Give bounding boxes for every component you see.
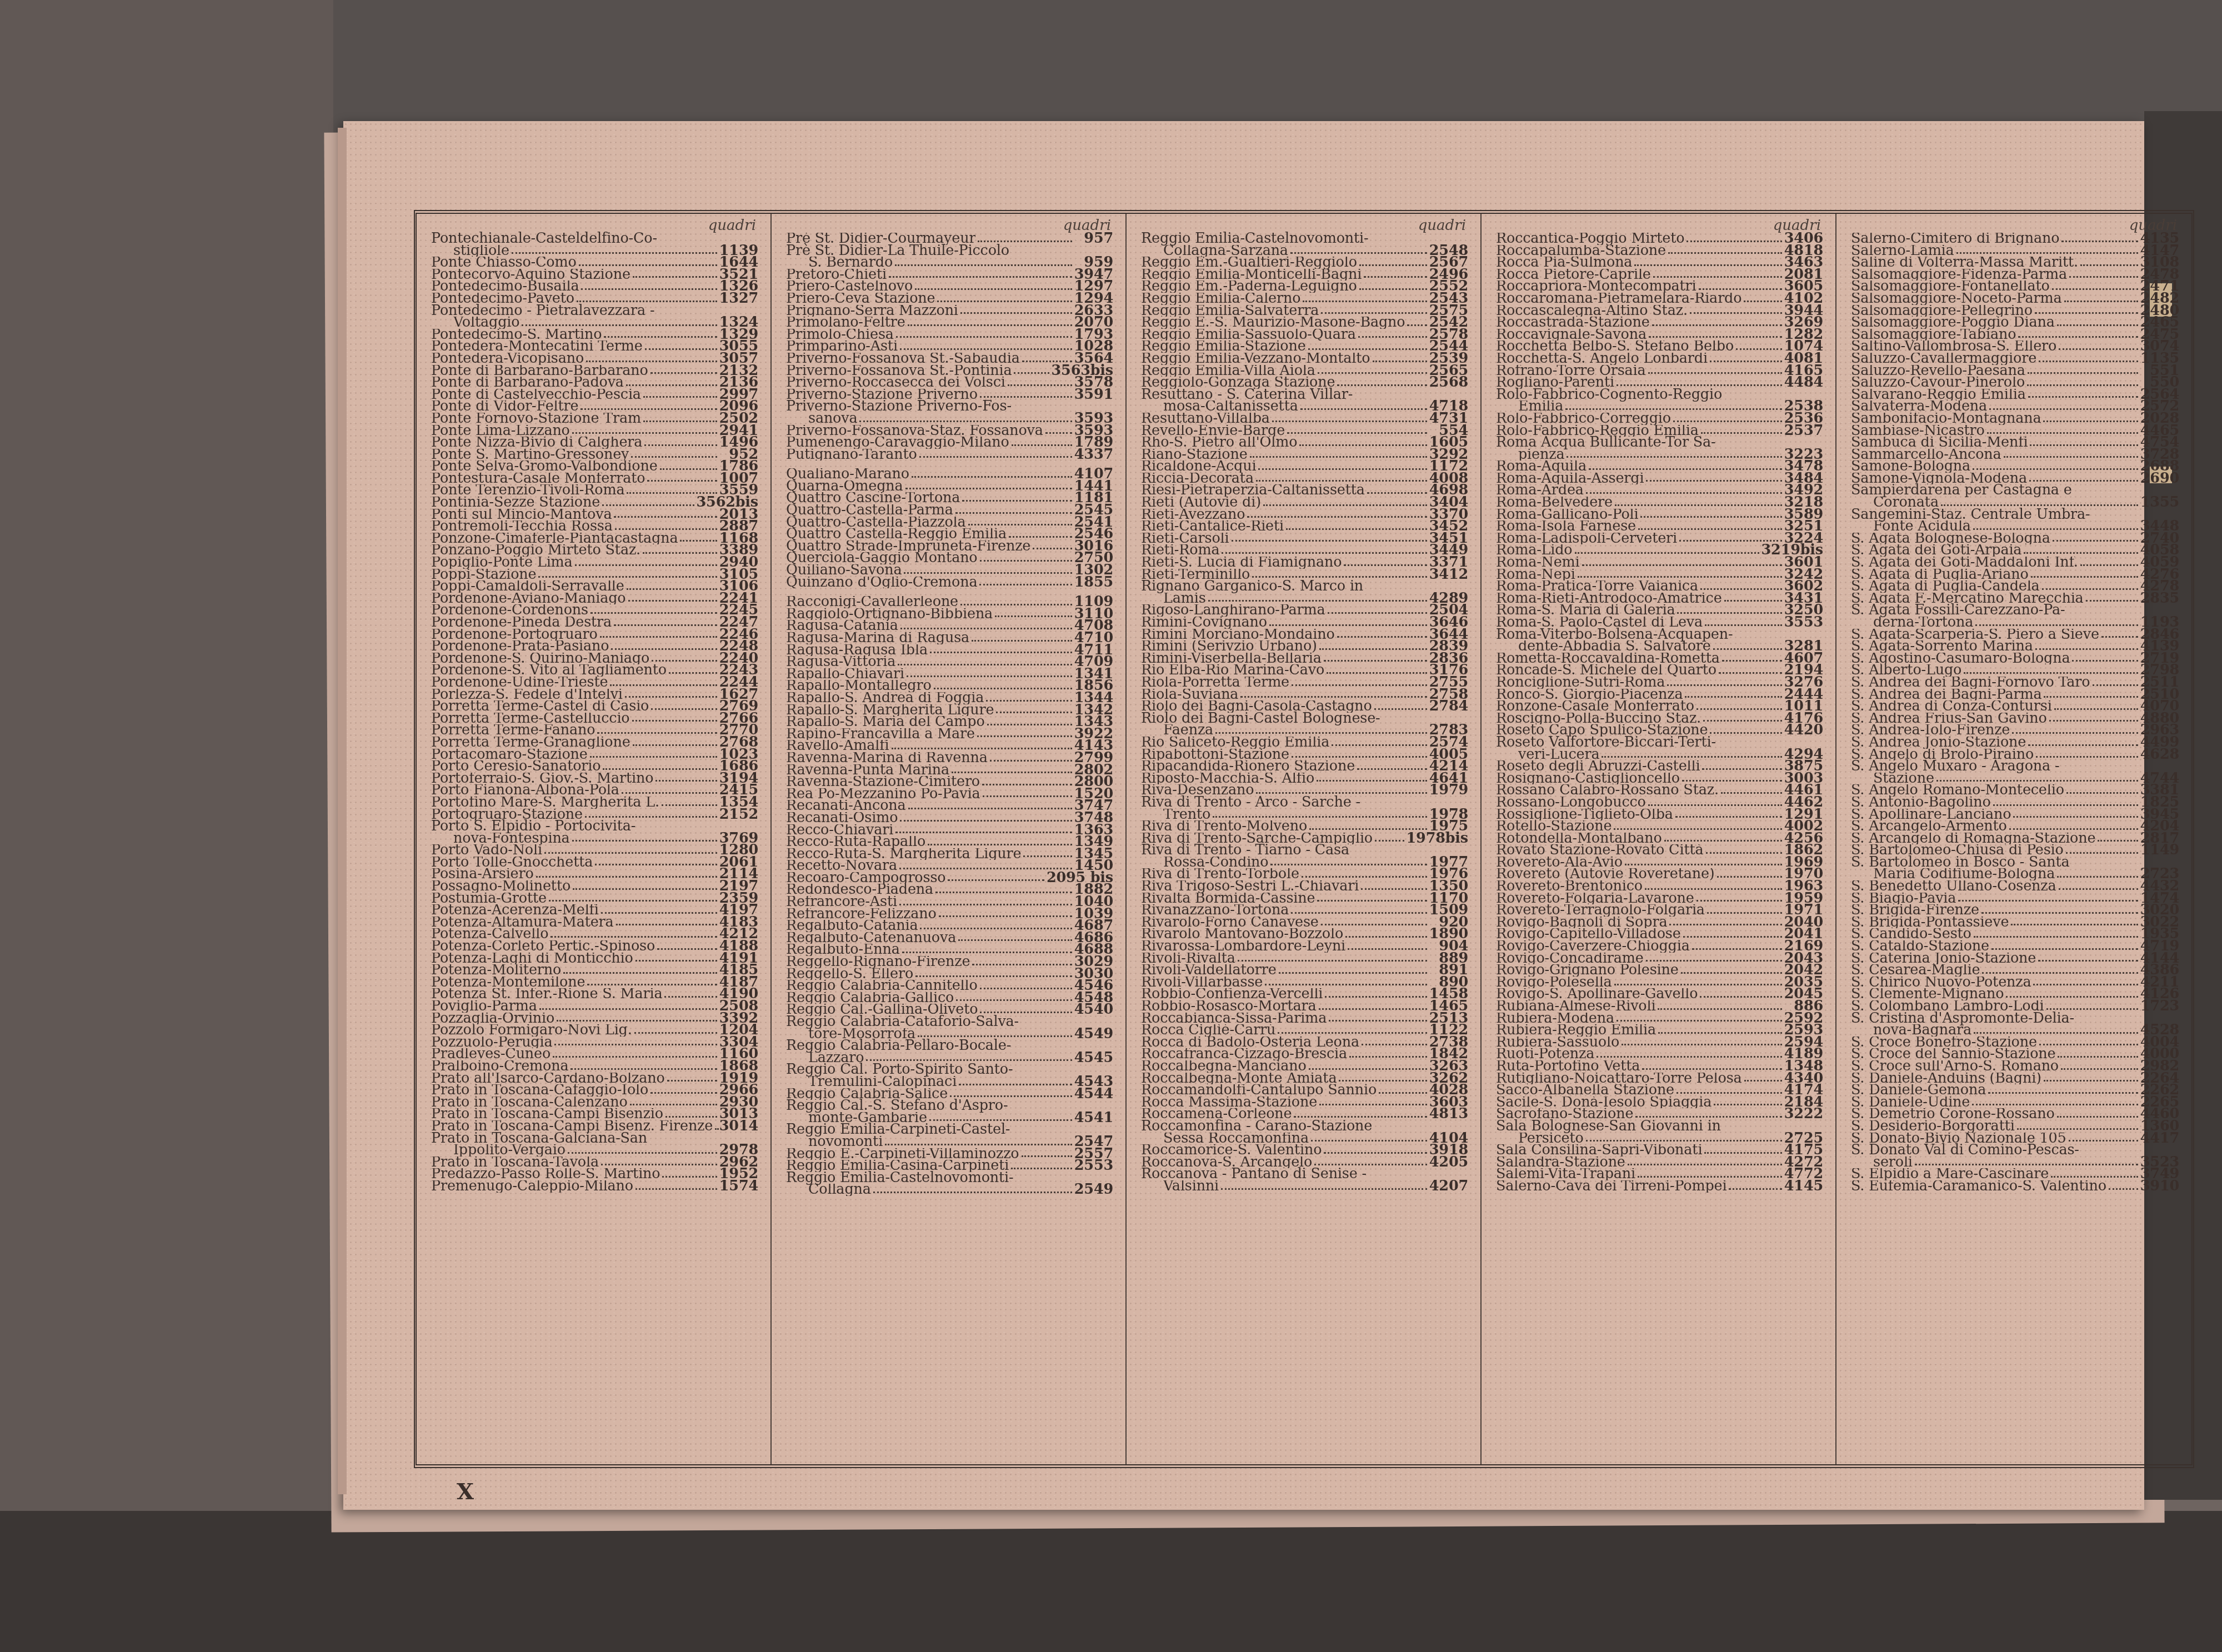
- leader-dots: [990, 760, 1072, 762]
- entry-route-name: Sambiase-Nicastro: [1851, 425, 1985, 437]
- column-header-quadri: quadri: [1851, 218, 2179, 233]
- leader-dots: [1582, 564, 1782, 566]
- leader-dots: [898, 664, 1072, 665]
- index-entry: Prato all'Isarco-Cardano-Bolzano1919: [431, 1073, 758, 1085]
- index-entry: S. Agata dei Goti-Maddaloni Inf.4059: [1851, 557, 2179, 569]
- entry-route-name: Salsomaggiore-Fidenza-Parma: [1851, 269, 2067, 281]
- index-entry: Sala Consilina-Sapri-Vibonati4175: [1496, 1144, 1823, 1157]
- entry-route-name: Poviglio-Parma: [431, 1000, 537, 1013]
- leader-dots: [1915, 1164, 2138, 1165]
- index-entry: Porto Tolle-Gnocchetta2061: [431, 857, 758, 869]
- index-entry: Ponzano-Poggio Mirteto Staz.3389: [431, 544, 758, 557]
- index-entry: Rocca Pia-Sulmona3463: [1496, 257, 1823, 269]
- entry-route-name: S. Cristina d'Aspromonte-Delia-: [1851, 1013, 2179, 1025]
- leader-dots: [1213, 816, 1427, 818]
- entry-route-name: Salsomaggiore-Pellegrino: [1851, 305, 2033, 317]
- index-entry: Reggio Emilia-Vezzano-Montalto2539: [1141, 353, 1468, 365]
- leader-dots: [1045, 432, 1072, 434]
- entry-route-name: Reggio Cal. Porto-Spirito Santo-: [786, 1064, 1113, 1076]
- entry-route-name: Salandra-Stazione: [1496, 1157, 1625, 1169]
- entry-route-name-cont: Rossa-Condino: [1163, 857, 1268, 869]
- index-entry: S. Biagio-Pavia1474: [1851, 893, 2179, 905]
- leader-dots: [2028, 372, 2138, 374]
- index-entry: Potenza-Calvello4212: [431, 928, 758, 940]
- leader-dots: [939, 915, 1072, 917]
- leader-dots: [665, 1116, 717, 1118]
- leader-dots: [1668, 252, 1782, 254]
- leader-dots: [873, 1192, 1072, 1193]
- index-entry: Rovereto (Autovie Roveretane)1970: [1496, 868, 1823, 880]
- index-entry: S. Daniele-Udine2265: [1851, 1097, 2179, 1109]
- leader-dots: [2017, 1128, 2138, 1130]
- index-entry: Recanati-Ancona3747: [786, 800, 1113, 812]
- entry-route-name: Ragusa-Marina di Ragusa: [786, 632, 969, 644]
- leader-dots: [2080, 264, 2138, 266]
- index-entry: Roccabianca-Sissa-Parima2513: [1141, 1013, 1468, 1025]
- index-entry: Salerno-Cava dei Tirreni-Pompei4145: [1496, 1180, 1823, 1193]
- entry-route-name: Ravenna-Stazione-Cimitero: [786, 776, 980, 788]
- index-entry: Racconigi-Cavallerleone1109: [786, 596, 1113, 608]
- entry-route-name-cont: stigliole: [453, 245, 509, 257]
- entry-route-name: Saline di Volterra-Massa Maritt.: [1851, 257, 2078, 269]
- entry-route-name: Revello-Envie-Barge: [1141, 425, 1285, 437]
- leader-dots: [512, 252, 717, 254]
- entry-route-name: Ponte di Barbarano-Padova: [431, 377, 624, 389]
- leader-dots: [1575, 552, 1759, 554]
- index-entry: S. Cataldo-Stazione4719: [1851, 940, 2179, 953]
- index-entry: S. Chirico Nuovo-Potenza4211: [1851, 977, 2179, 989]
- index-entry: Refrancore-Felizzano1039: [786, 908, 1113, 920]
- leader-dots: [1646, 480, 1781, 482]
- index-entry: Reggio Cal.-S. Stefano d'Aspro-monte-Gam…: [786, 1100, 1113, 1124]
- entry-route-name: Rolo-Fabbrico-Cognento-Reggio: [1496, 389, 1823, 401]
- entry-route-name: S. Clemente-Mignano: [1851, 988, 2004, 1000]
- index-entry: Potenza St. Infer.-Rione S. Maria4190: [431, 988, 758, 1000]
- index-entry: Riposto-Macchia-S. Alfio4641: [1141, 773, 1468, 785]
- leader-dots: [1303, 301, 1427, 302]
- index-entry: Poppi-Stazione3105: [431, 569, 758, 581]
- entry-route-name: S. Chirico Nuovo-Potenza: [1851, 977, 2031, 989]
- index-entry: Ragusa-Marina di Ragusa4710: [786, 632, 1113, 644]
- entry-route-name: Ravenna-Marina di Ravenna: [786, 752, 988, 764]
- entry-route-name: Pumenengo-Caravaggio-Milano: [786, 437, 1009, 449]
- leader-dots: [1345, 936, 1427, 938]
- index-entry: Rieti-S. Lucia di Fiamignano3371: [1141, 557, 1468, 569]
- leader-dots: [1265, 984, 1427, 985]
- leader-dots: [896, 336, 1072, 338]
- leader-dots: [1358, 336, 1427, 338]
- leader-dots: [1589, 468, 1782, 470]
- entry-route-name-cont: Collagna-Sarzana: [1163, 245, 1288, 257]
- index-entry: Roccascalegna-Altino Staz.3944: [1496, 305, 1823, 317]
- entry-route-name: Sambonifacio-Montagnana: [1851, 413, 2041, 425]
- leader-dots: [1696, 900, 1782, 902]
- entry-route-name: S. Brigida-Pontassieve: [1851, 917, 2009, 929]
- index-entry: Salsomaggiore-Pellegrino2480: [1851, 305, 2179, 317]
- leader-dots: [2098, 840, 2138, 842]
- leader-dots: [2053, 540, 2138, 542]
- index-entry: S. Agata dei Goti-Arpaia4058: [1851, 544, 2179, 557]
- leader-dots: [2057, 876, 2138, 878]
- index-entry: Porretta Terme-Fanano2770: [431, 724, 758, 737]
- index-entry: Sambuca di Sicilia-Menfi4754: [1851, 437, 2179, 449]
- leader-dots: [2061, 1068, 2138, 1070]
- leader-dots: [2011, 924, 2138, 925]
- entry-route-name: Rocchetta Belbo-S. Stefano Belbo: [1496, 341, 1734, 353]
- leader-dots: [2035, 648, 2138, 650]
- leader-dots: [1956, 252, 2138, 254]
- entry-continuation: Sessa Roccamonfina4104: [1141, 1133, 1468, 1145]
- entry-route-name-cont: Persiceto: [1518, 1133, 1584, 1145]
- index-entry: Salemi-Vita-Trapani4772: [1496, 1168, 1823, 1180]
- index-entry: Salsomaggiore-Tabiano2475: [1851, 329, 2179, 341]
- leader-dots: [1302, 876, 1427, 878]
- leader-dots: [907, 675, 1072, 677]
- entry-route-name: S. Agata-Scarperia-S. Piero a Sieve: [1851, 629, 2099, 641]
- leader-dots: [1374, 708, 1427, 710]
- section-gap: [786, 588, 1113, 596]
- index-entry: Riesi-Pietraperzia-Caltanissetta4698: [1141, 484, 1468, 497]
- leader-dots: [1721, 792, 1782, 794]
- index-entry: Reggio Emilia-Calerno2543: [1141, 293, 1468, 305]
- entry-table-number: 1855: [1074, 577, 1113, 589]
- entry-route-name: S. Bartolomeo in Bosco - Santa: [1851, 857, 2179, 869]
- leader-dots: [1974, 1032, 2138, 1034]
- entry-route-name-cont: Tremulini-Calopinaci: [808, 1076, 957, 1088]
- index-entry: Rometta-Roccavaldina-Rometta4607: [1496, 653, 1823, 665]
- index-entry: Rovigo-Concadirame2043: [1496, 953, 1823, 965]
- entry-list: Pontechianale-Casteldelfino-Co-stigliole…: [431, 233, 758, 1193]
- entry-route-name: Postumia-Grotte: [431, 893, 547, 905]
- entry-route-name: Roma Acqua Bullicante-Tor Sa-: [1496, 437, 1823, 449]
- entry-route-name: Primolano-Feltre: [786, 317, 905, 329]
- leader-dots: [1344, 564, 1427, 566]
- entry-route-name: Roccalbegna-Manciano: [1141, 1060, 1307, 1073]
- index-entry: Quattro-Castella-Parma2545: [786, 504, 1113, 517]
- leader-dots: [1332, 744, 1427, 746]
- entry-route-name: Ravello-Amalfi: [786, 740, 889, 752]
- leader-dots: [2031, 576, 2138, 578]
- entry-route-name: Roma-Gallicano-Poli: [1496, 509, 1638, 521]
- index-entry: Priero-Castelnovo1297: [786, 281, 1113, 293]
- leader-dots: [2052, 288, 2138, 290]
- index-entry: Predazzo-Passo Rolle-S. Martino1952: [431, 1168, 758, 1180]
- index-entry: Pontedecimo-S. Martino1329: [431, 329, 758, 341]
- entry-route-name: Ponte Chiasso-Como: [431, 257, 577, 269]
- entry-route-name: Potenza-Altamura-Matera: [431, 917, 614, 929]
- leader-dots: [1673, 420, 1782, 422]
- entry-table-number: 1979: [1429, 784, 1468, 797]
- index-entry: Sampierdarena per Castagna eCoronata1355: [1851, 484, 2179, 508]
- entry-route-name: Rimini-Covignano: [1141, 617, 1267, 629]
- index-entry: S. Arcangelo di Romagna-Stazione2817: [1851, 833, 2179, 845]
- index-entry: Portoferraio-S. Giov.-S. Martino3194: [431, 773, 758, 785]
- entry-route-name: S. Alberto-Lugo: [1851, 664, 1961, 677]
- index-entry: S. Agata Fossili-Carezzano-Pa-derna-Tort…: [1851, 604, 2179, 628]
- entry-route-name: Ponzone-Cimaferle-Piantacastagna: [431, 533, 678, 545]
- index-entry: Rocchetta Belbo-S. Stefano Belbo1074: [1496, 341, 1823, 353]
- entry-route-name: Porretta Terme-Granaglione: [431, 737, 630, 749]
- section-gap: [786, 460, 1113, 468]
- entry-route-name: S. Elpidio a Mare-Cascinare: [1851, 1168, 2049, 1180]
- leader-dots: [1682, 780, 1782, 782]
- index-entry: S. Croce del Sannio-Stazione4000: [1851, 1048, 2179, 1060]
- index-entry: Quattro Strade-Impruneta-Firenze3016: [786, 540, 1113, 553]
- leader-dots: [2080, 564, 2138, 566]
- entry-table-number: 3553: [1784, 617, 1823, 629]
- entry-table-number: 1978bis: [1407, 833, 1468, 845]
- leader-dots: [1744, 1080, 1782, 1082]
- leader-dots: [2057, 1116, 2138, 1118]
- entry-route-name: S. Angelo Romano-Montecelio: [1851, 784, 2064, 797]
- index-entry: Roma-Gallicano-Poli3589: [1496, 509, 1823, 521]
- leader-dots: [1988, 1092, 2138, 1094]
- entry-route-name: Reggio Cal.-S. Stefano d'Aspro-: [786, 1100, 1113, 1112]
- leader-dots: [553, 1056, 717, 1058]
- leader-dots: [1658, 1032, 1782, 1034]
- leader-dots: [1676, 1092, 1782, 1094]
- entry-route-name: Pralboino-Cremona: [431, 1060, 568, 1073]
- leader-dots: [1991, 948, 2138, 950]
- entry-route-name: Rovato Stazione-Rovato Città: [1496, 844, 1704, 857]
- leader-dots: [652, 660, 717, 662]
- index-entry: Ponte Lima-Lizzano2941: [431, 425, 758, 437]
- index-entry: Salvaterra-Modena2572: [1851, 401, 2179, 413]
- index-entry: Reggello-S. Ellero3030: [786, 968, 1113, 980]
- leader-dots: [551, 936, 717, 938]
- leader-dots: [1714, 1104, 1782, 1105]
- entry-table-number: 2553: [1074, 1160, 1113, 1172]
- index-entry: Rivarolo Mantovano-Bozzolo1890: [1141, 928, 1468, 940]
- leader-dots: [1625, 864, 1782, 865]
- leader-dots: [1023, 855, 1072, 857]
- leader-dots: [1008, 384, 1072, 386]
- index-entry: Pordenone-S. Quirino-Maniago2240: [431, 653, 758, 665]
- index-entry: Prè St. Didier-La Thuile-PiccoloS. Berna…: [786, 245, 1113, 269]
- entry-route-name: Porlezza-S. Fedele d'Intelvi: [431, 689, 623, 701]
- entry-route-name: Pontedecimo - Pietralavezzara -: [431, 305, 758, 317]
- entry-route-name: S. Candido-Sesto: [1851, 928, 1971, 940]
- entry-route-name: Potenza-Corleto Pertic.-Spinoso: [431, 940, 655, 953]
- index-entry: Ponte di Barbarano-Padova2136: [431, 377, 758, 389]
- index-entry: S. Agata-Sorrento Marina4139: [1851, 640, 2179, 653]
- entry-route-name: S. Andrea dei Bagni-Parma: [1851, 689, 2041, 701]
- index-entry: Salandra-Stazione4272: [1496, 1157, 1823, 1169]
- leader-dots: [902, 952, 1072, 953]
- leader-dots: [1011, 1168, 1072, 1169]
- leader-dots: [962, 500, 1072, 502]
- leader-dots: [1692, 948, 1782, 950]
- leader-dots: [1329, 1020, 1427, 1022]
- entry-route-name-cont: Sessa Roccamonfina: [1163, 1133, 1309, 1145]
- entry-table-number: 4545: [1074, 1052, 1113, 1064]
- entry-route-name: Priverno-Stazione Priverno-Fos-: [786, 401, 1113, 413]
- leader-dots: [1299, 444, 1427, 446]
- leader-dots: [1215, 732, 1427, 734]
- leader-dots: [522, 324, 717, 326]
- index-column-5: quadri Salerno-Cimitero di Brignano4135S…: [1836, 214, 2191, 1464]
- leader-dots: [982, 784, 1072, 785]
- leader-dots: [1290, 252, 1427, 254]
- index-entry: Resuttano - S. Caterina Villar-mosa-Calt…: [1141, 389, 1468, 413]
- leader-dots: [1713, 648, 1782, 650]
- leader-dots: [983, 795, 1072, 797]
- index-entry: Quattro Castella-Reggio Emilia2546: [786, 528, 1113, 540]
- leader-dots: [1258, 468, 1427, 470]
- entry-route-name: S. Agata di Puglia-Ariano: [1851, 569, 2029, 581]
- index-entry: Reggio Emilia-Castelnovomonti-Collagna25…: [786, 1172, 1113, 1196]
- leader-dots: [1319, 648, 1427, 650]
- leader-dots: [586, 361, 717, 362]
- leader-dots: [643, 396, 717, 398]
- entry-route-name: Rimini Morciano-Mondaino: [1141, 629, 1335, 641]
- index-entry: Primolano-Feltre2070: [786, 317, 1113, 329]
- index-entry: Reggio Cal. Porto-Spirito Santo-Tremulin…: [786, 1064, 1113, 1088]
- index-entry: Reggio Em.-Gualtieri-Reggiolo2567: [1141, 257, 1468, 269]
- entry-route-name: Regalbuto-Catenanuova: [786, 932, 956, 944]
- leader-dots: [610, 684, 717, 686]
- entry-route-name: Redondesco-Piadena: [786, 884, 933, 896]
- entry-route-name: Sala Bolognese-San Giovanni in: [1496, 1120, 1823, 1133]
- entry-route-name: Saltino-Vallombrosa-S. Ellero: [1851, 341, 2056, 353]
- entry-route-name: Pordenone-Cordenons: [431, 604, 588, 617]
- leader-dots: [1321, 924, 1427, 925]
- leader-dots: [1567, 456, 1781, 458]
- entry-route-name: Roma-Nepi: [1496, 569, 1575, 581]
- index-entry: Salerno-Cimitero di Brignano4135: [1851, 233, 2179, 245]
- index-entry: Rivalta Bormida-Cassine1170: [1141, 893, 1468, 905]
- index-entry: S. Andrea dei Bagni-Fornovo Taro2511: [1851, 677, 2179, 689]
- leader-dots: [900, 348, 1072, 350]
- leader-dots: [590, 756, 717, 758]
- entry-continuation: Tremulini-Calopinaci4543: [786, 1076, 1113, 1088]
- entry-route-name: Riva Trigoso-Sestri L.-Chiavari: [1141, 880, 1359, 893]
- index-entry: S. Donato Val di Comino-Pescas-seroli352…: [1851, 1144, 2179, 1168]
- entry-route-name: Recco-Ruta-Rapallo: [786, 836, 925, 848]
- entry-route-name: S. Apollinare-Lanciano: [1851, 809, 2011, 821]
- index-entry: Rimini-Covignano3646: [1141, 617, 1468, 629]
- entry-route-name: Recoaro-Campogrosso: [786, 872, 945, 884]
- entry-route-name: S. Cataldo-Stazione: [1851, 940, 1989, 953]
- entry-route-name: Pordenone-Aviano-Maniago: [431, 593, 626, 605]
- index-entry: Prato in Toscana-Tavola2962: [431, 1157, 758, 1169]
- entry-route-name: S. Arcangelo di Romagna-Stazione: [1851, 833, 2095, 845]
- leader-dots: [603, 768, 717, 770]
- leader-dots: [604, 336, 717, 338]
- index-entry: Pontestura-Casale Monferrato1007: [431, 473, 758, 485]
- index-entry: S. Daniele-Anduins (Bagni)2264: [1851, 1073, 2179, 1085]
- index-entry: Porlezza-S. Fedele d'Intelvi1627: [431, 689, 758, 701]
- entry-route-name: S. Demetrio Corone-Rossano: [1851, 1108, 2055, 1120]
- index-entry: S. Daniele-Gemona2262: [1851, 1084, 2179, 1097]
- entry-table-number: 4484: [1784, 377, 1823, 389]
- index-entry: Roccastrada-Stazione3269: [1496, 317, 1823, 329]
- leader-dots: [892, 748, 1072, 749]
- entry-route-name: Querciola-Gaggio Montano: [786, 552, 978, 564]
- entry-table-number: 1723: [2140, 1000, 2179, 1013]
- index-entry: Potenza-Acerenza-Melfi4197: [431, 904, 758, 917]
- entry-route-name: Ronzone-Casale Monferrato: [1496, 700, 1694, 713]
- index-entry: Roccalbegna-Monte Amiata3262: [1141, 1073, 1468, 1085]
- leader-dots: [2038, 960, 2138, 962]
- entry-route-name: Ragusa-Ragusa Ibla: [786, 644, 928, 657]
- entry-route-name: Salvaterra-Modena: [1851, 401, 1987, 413]
- leader-dots: [1648, 372, 1782, 374]
- index-entry: Pordenone-Pineda Destra2247: [431, 617, 758, 629]
- index-entry: Revello-Envie-Barge554: [1141, 425, 1468, 437]
- leader-dots: [1321, 312, 1427, 314]
- entry-route-name: Pordenone-Prata-Pasiano: [431, 640, 609, 653]
- index-entry: Roma Acqua Bullicante-Tor Sa-pienza3223: [1496, 437, 1823, 460]
- leader-dots: [630, 1104, 717, 1105]
- index-entry: Posina-Arsiero2114: [431, 868, 758, 880]
- leader-dots: [1642, 1068, 1782, 1070]
- entry-route-name: Riva di Trento-Torbole: [1141, 868, 1299, 880]
- entry-route-name: Reggio Emilia-Carpineti-Castel-: [786, 1124, 1113, 1136]
- entry-route-name: Porto Ceresio-Sanatorio: [431, 760, 600, 773]
- entry-route-name: Reggello-S. Ellero: [786, 968, 913, 980]
- entry-route-name-cont: veri-Lucera: [1518, 749, 1599, 761]
- leader-dots: [958, 939, 1072, 941]
- entry-route-name: Potenza-Acerenza-Melfi: [431, 904, 599, 917]
- leader-dots: [2042, 588, 2138, 590]
- leader-dots: [1250, 456, 1427, 458]
- entry-route-name: Roma-Belvedere: [1496, 497, 1613, 509]
- index-entry: Pretoro-Chieti3947: [786, 269, 1113, 281]
- leader-dots: [1702, 768, 1781, 770]
- index-entry: S. Andrea Jonio-Stazione4499: [1851, 737, 2179, 749]
- entry-route-name: Rossano-Longobucco: [1496, 797, 1646, 809]
- leader-dots: [563, 972, 717, 974]
- entry-route-name: Priero-Castelnovo: [786, 281, 913, 293]
- leader-dots: [1640, 516, 1781, 518]
- entry-table-number: 957: [1074, 233, 1113, 245]
- leader-dots: [575, 564, 717, 566]
- index-entry: Refrancore-Asti1040: [786, 896, 1113, 908]
- leader-dots: [2039, 1044, 2138, 1045]
- index-entry: Resuttano-Villalba4731: [1141, 413, 1468, 425]
- leader-dots: [626, 384, 717, 386]
- index-entry: Ruta-Portofino Vetta1348: [1496, 1060, 1823, 1073]
- leader-dots: [2039, 361, 2138, 362]
- index-entry: Recco-Ruta-S. Margherita Ligure1345: [786, 848, 1113, 860]
- leader-dots: [1033, 548, 1072, 549]
- leader-dots: [2030, 444, 2138, 446]
- index-entry: Recco-Chiavari1363: [786, 824, 1113, 837]
- leader-dots: [1238, 960, 1427, 962]
- entry-route-name-cont: nova-Fontespina: [453, 833, 570, 845]
- entry-route-name: Roccafranca-Cizzago-Brescia: [1141, 1048, 1347, 1060]
- entry-route-name: Quarna-Omegna: [786, 480, 903, 493]
- leader-dots: [1328, 612, 1427, 614]
- leader-dots: [660, 468, 717, 470]
- entry-route-name: Raggiolo-Ortignano-Bibbiena: [786, 608, 993, 620]
- entry-route-name: Rocca Pia-Sulmona: [1496, 257, 1632, 269]
- index-entry: Rimini (Serivzio Urbano)2839: [1141, 640, 1468, 653]
- leader-dots: [885, 1144, 1072, 1145]
- entry-route-name-cont: Collagna: [808, 1184, 871, 1196]
- index-entry: Riva Trigoso-Sestri L.-Chiavari1350: [1141, 880, 1468, 893]
- index-entry: Reggio Emilia-Sassuolo-Quara2578: [1141, 329, 1468, 341]
- entry-route-name: S. Biagio-Pavia: [1851, 893, 1956, 905]
- index-entry: Pordenone-Portogruaro2246: [431, 629, 758, 641]
- column-header-quadri: quadri: [1496, 218, 1823, 233]
- leader-dots: [539, 1008, 717, 1010]
- index-entry: Saluzzo-Revello-Paesana551: [1851, 365, 2179, 377]
- entry-route-name: Reggio Calabria-Cataforio-Salva-: [786, 1016, 1113, 1028]
- index-entry: Saline di Volterra-Massa Maritt.3108: [1851, 257, 2179, 269]
- leader-dots: [634, 1032, 717, 1034]
